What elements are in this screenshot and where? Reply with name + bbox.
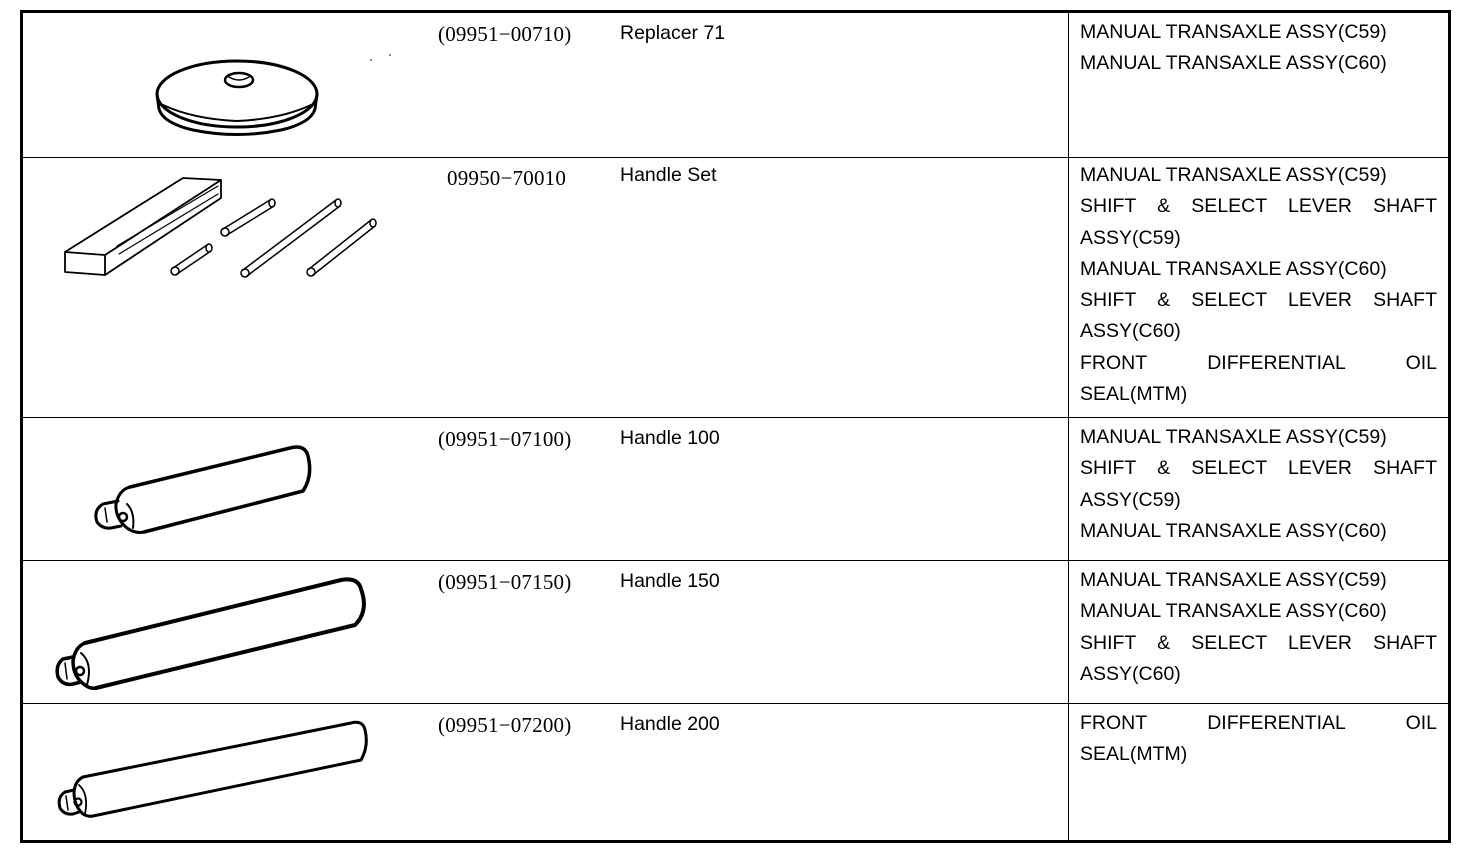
part-name: Handle 100 [620,427,720,450]
part-number: (09951−00710) [438,22,571,47]
replacer-disc-icon [23,13,433,157]
part-number: (09951−07150) [438,570,571,595]
table-row: (09951−07200) Handle 200 FRONT DIFFERENT… [23,704,1448,843]
applications-list: MANUAL TRANSAXLE ASSY(C59) MANUAL TRANSA… [1080,17,1437,80]
table-row: (09951−07100) Handle 100 MANUAL TRANSAXL… [23,418,1448,561]
application-item: MANUAL TRANSAXLE ASSY(C60) [1080,254,1437,285]
application-item: SHIFT & SELECT LEVER SHAFT ASSY(C59) [1080,453,1437,516]
application-item: SHIFT & SELECT LEVER SHAFT ASSY(C59) [1080,191,1437,254]
applications-list: MANUAL TRANSAXLE ASSY(C59) SHIFT & SELEC… [1080,422,1437,547]
applications-list: MANUAL TRANSAXLE ASSY(C59) MANUAL TRANSA… [1080,565,1437,690]
part-number: (09951−07200) [438,713,571,738]
table-row: 09950−70010 Handle Set MANUAL TRANSAXLE … [23,158,1448,418]
part-name: Handle 200 [620,713,720,736]
application-item: SHIFT & SELECT LEVER SHAFT ASSY(C60) [1080,285,1437,348]
part-number: (09951−07100) [438,427,571,452]
application-item: MANUAL TRANSAXLE ASSY(C59) [1080,565,1437,596]
application-item: MANUAL TRANSAXLE ASSY(C60) [1080,516,1437,547]
part-name: Replacer 71 [620,22,725,45]
applications-list: MANUAL TRANSAXLE ASSY(C59) SHIFT & SELEC… [1080,160,1437,410]
application-item: FRONT DIFFERENTIAL OIL SEAL(MTM) [1080,348,1437,411]
handle-100-icon [23,418,433,560]
application-item: MANUAL TRANSAXLE ASSY(C59) [1080,422,1437,453]
application-item: SHIFT & SELECT LEVER SHAFT ASSY(C60) [1080,628,1437,691]
part-number: 09950−70010 [447,166,566,191]
application-item: MANUAL TRANSAXLE ASSY(C59) [1080,17,1437,48]
part-name: Handle Set [620,164,716,187]
table-row: (09951−00710) Replacer 71 MANUAL TRANSAX… [23,13,1448,158]
application-item: MANUAL TRANSAXLE ASSY(C60) [1080,596,1437,627]
special-service-tools-table: (09951−00710) Replacer 71 MANUAL TRANSAX… [20,10,1451,843]
handle-150-icon [23,561,433,703]
handle-200-icon [23,704,433,843]
handle-set-case-icon [23,158,433,417]
application-item: MANUAL TRANSAXLE ASSY(C59) [1080,160,1437,191]
application-item: FRONT DIFFERENTIAL OIL SEAL(MTM) [1080,708,1437,771]
table-row: (09951−07150) Handle 150 MANUAL TRANSAXL… [23,561,1448,704]
column-divider [1068,13,1069,840]
applications-list: FRONT DIFFERENTIAL OIL SEAL(MTM) [1080,708,1437,771]
part-name: Handle 150 [620,570,720,593]
application-item: MANUAL TRANSAXLE ASSY(C60) [1080,48,1437,79]
